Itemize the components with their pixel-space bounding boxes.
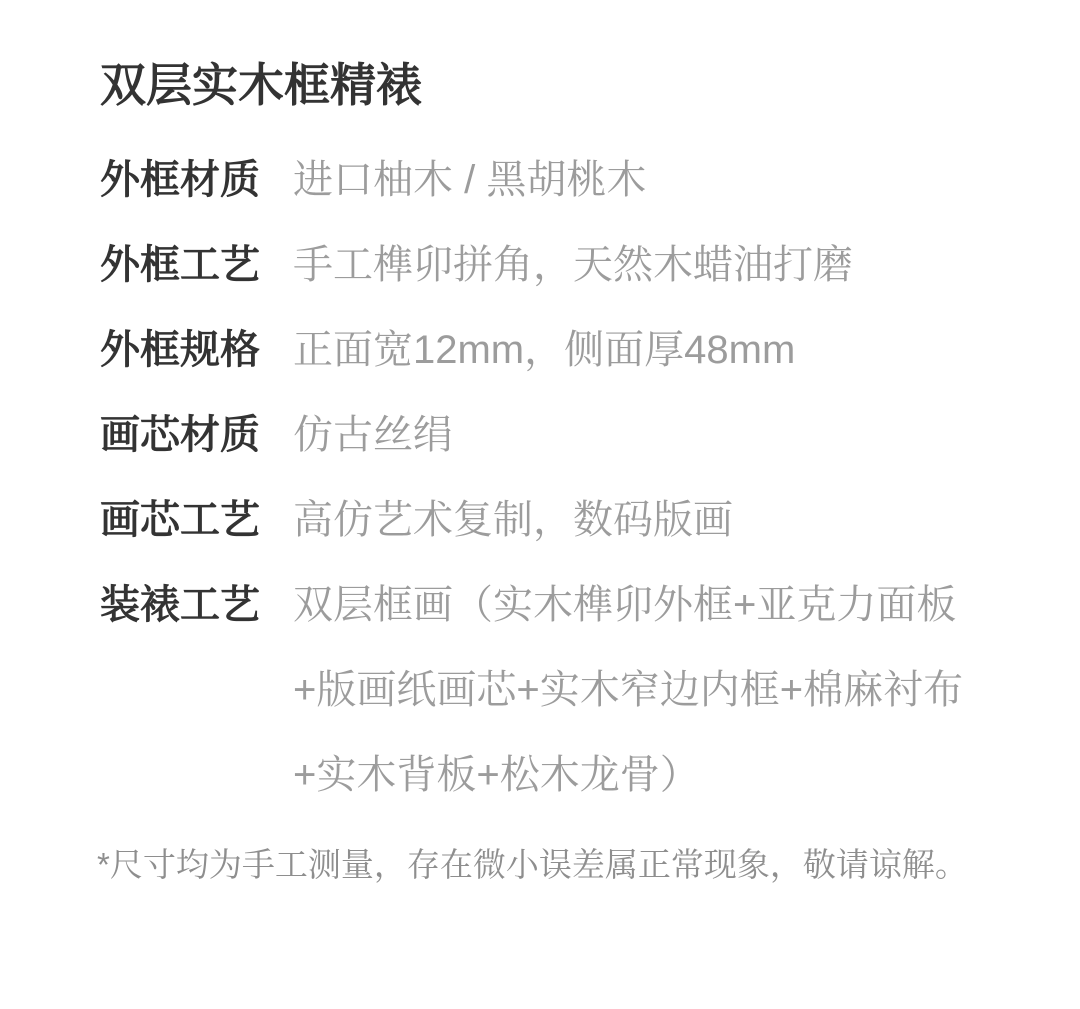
spec-value: 双层框画（实木榫卯外框+亚克力面板+版画纸画芯+实木窄边内框+棉麻衬布+实木背板… bbox=[293, 563, 973, 818]
spec-label: 画芯材质 bbox=[100, 393, 293, 478]
spec-value: 仿古丝绢 bbox=[293, 393, 973, 478]
spec-value: 手工榫卯拼角，天然木蜡油打磨 bbox=[293, 223, 973, 308]
spec-table: 外框材质 进口柚木 / 黑胡桃木 外框工艺 手工榫卯拼角，天然木蜡油打磨 外框规… bbox=[100, 138, 1080, 818]
spec-value: 进口柚木 / 黑胡桃木 bbox=[293, 138, 973, 223]
spec-label: 外框规格 bbox=[100, 308, 293, 393]
spec-label: 画芯工艺 bbox=[100, 478, 293, 563]
footnote: *尺寸均为手工测量，存在微小误差属正常现象，敬请谅解。 bbox=[97, 842, 1080, 888]
spec-row-frame-craft: 外框工艺 手工榫卯拼角，天然木蜡油打磨 bbox=[100, 223, 1080, 308]
spec-value: 正面宽12mm，侧面厚48mm bbox=[293, 308, 973, 393]
spec-label: 外框工艺 bbox=[100, 223, 293, 308]
spec-row-frame-size: 外框规格 正面宽12mm，侧面厚48mm bbox=[100, 308, 1080, 393]
spec-row-frame-material: 外框材质 进口柚木 / 黑胡桃木 bbox=[100, 138, 1080, 223]
spec-content: 双层实木框精裱 外框材质 进口柚木 / 黑胡桃木 外框工艺 手工榫卯拼角，天然木… bbox=[0, 0, 1080, 888]
section-title: 双层实木框精裱 bbox=[100, 60, 1080, 110]
spec-row-mounting-craft: 装裱工艺 双层框画（实木榫卯外框+亚克力面板+版画纸画芯+实木窄边内框+棉麻衬布… bbox=[100, 563, 1080, 818]
product-spec-section: 双层实木框精裱 外框材质 进口柚木 / 黑胡桃木 外框工艺 手工榫卯拼角，天然木… bbox=[0, 0, 1080, 1009]
spec-row-core-material: 画芯材质 仿古丝绢 bbox=[100, 393, 1080, 478]
spec-label: 装裱工艺 bbox=[100, 563, 293, 648]
spec-row-core-craft: 画芯工艺 高仿艺术复制，数码版画 bbox=[100, 478, 1080, 563]
spec-value: 高仿艺术复制，数码版画 bbox=[293, 478, 973, 563]
spec-label: 外框材质 bbox=[100, 138, 293, 223]
